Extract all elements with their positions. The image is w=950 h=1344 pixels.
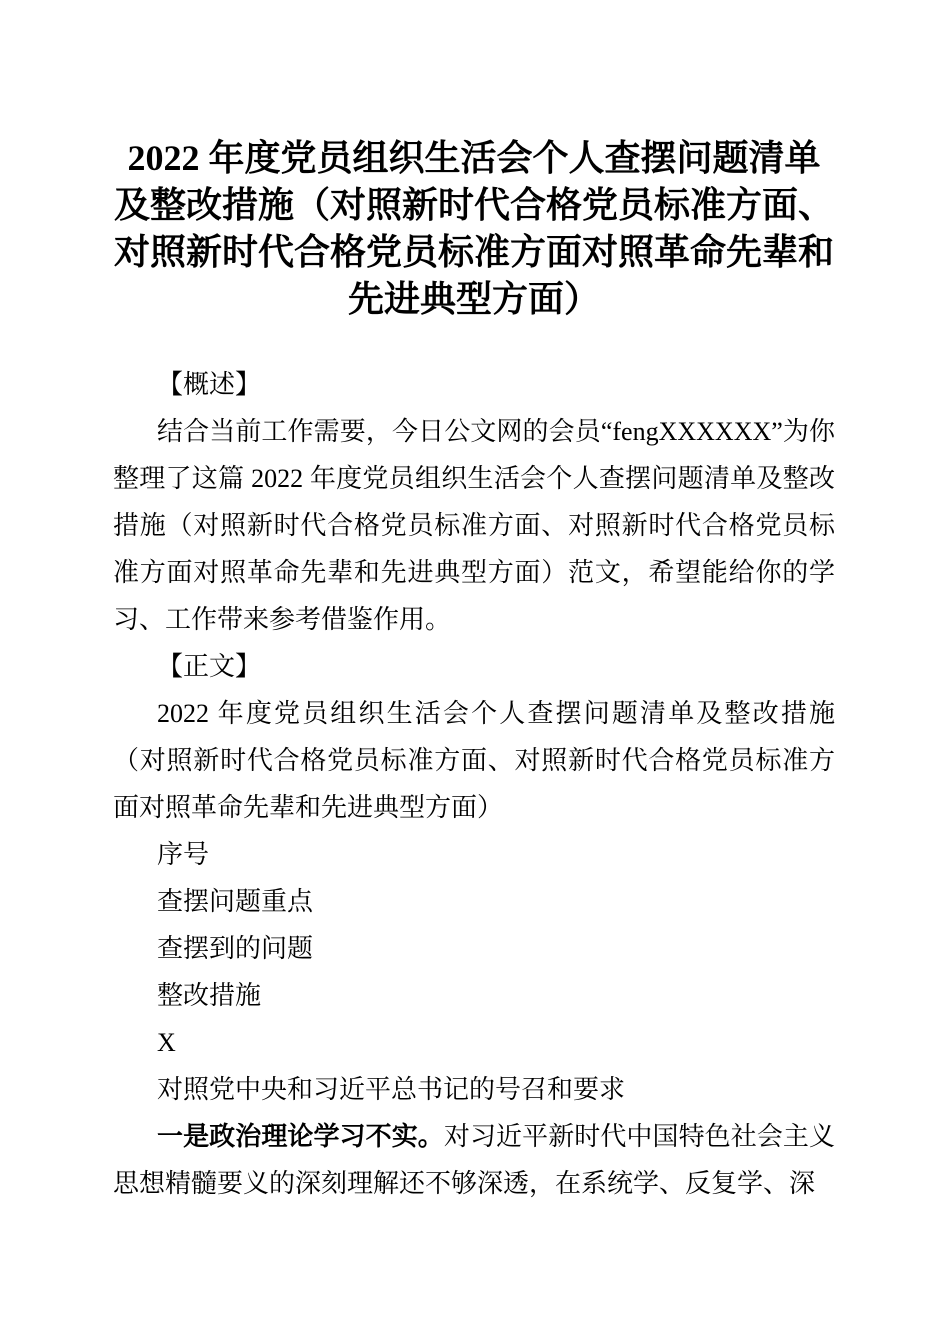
document-body: 【概述】 结合当前工作需要，今日公文网的会员“fengXXXXXX”为你整理了这… [113,361,835,1207]
document-page: 2022 年度党员组织生活会个人查摆问题清单及整改措施（对照新时代合格党员标准方… [0,0,950,1344]
document-title: 2022 年度党员组织生活会个人查摆问题清单及整改措施（对照新时代合格党员标准方… [113,0,835,323]
main-heading-paragraph: 2022 年度党员组织生活会个人查摆问题清单及整改措施（对照新时代合格党员标准方… [113,690,835,831]
list-row-serial-header: 序号 [113,831,835,878]
main-text-label: 【正文】 [113,643,835,690]
list-row-issue-focus-header: 查摆问题重点 [113,878,835,925]
list-row-issues-found-header: 查摆到的问题 [113,925,835,972]
issue-paragraph: 一是政治理论学习不实。对习近平新时代中国特色社会主义思想精髓要义的深刻理解还不够… [113,1113,835,1207]
overview-paragraph: 结合当前工作需要，今日公文网的会员“fengXXXXXX”为你整理了这篇 202… [113,408,835,643]
list-row-benchmark: 对照党中央和习近平总书记的号召和要求 [113,1066,835,1113]
list-row-measures-header: 整改措施 [113,972,835,1019]
document-content: 2022 年度党员组织生活会个人查摆问题清单及整改措施（对照新时代合格党员标准方… [113,0,835,1207]
list-row-serial-value: X [113,1019,835,1066]
issue-paragraph-bold-lead: 一是政治理论学习不实。 [157,1122,444,1151]
overview-label: 【概述】 [113,361,835,408]
